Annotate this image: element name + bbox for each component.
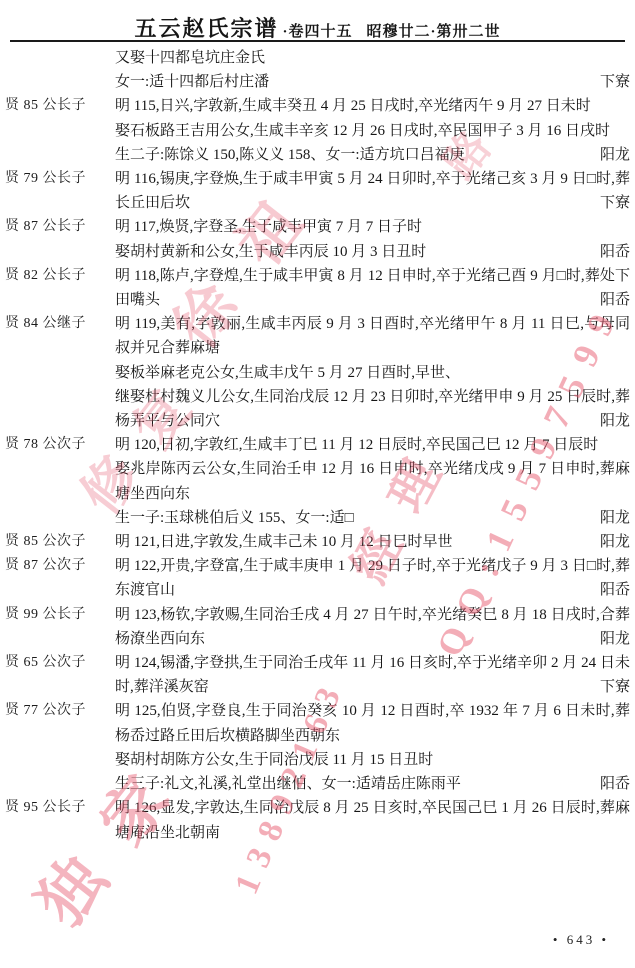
lineage-side-label: 贤 87 公次子 [5, 554, 111, 578]
genealogy-paragraph: 女一:适十四都后村庄潘下寮 [115, 70, 630, 94]
page-number: • 643 • [553, 932, 609, 948]
genealogy-paragraph: 娶胡村胡陈方公女,生于同治戊辰 11 月 15 日丑时 [115, 748, 630, 772]
genealogy-paragraph: 继娶杜村魏义儿公女,生同治戊辰 12 月 23 日卯时,卒光绪甲申 9 月 25… [115, 385, 630, 433]
lineage-side-label: 贤 82 公长子 [5, 264, 111, 288]
place-label: 阳岙 [600, 240, 630, 264]
place-label: 阳龙 [600, 409, 630, 433]
genealogy-paragraph: 贤 85 公长子明 115,日兴,字敦新,生咸丰癸丑 4 月 25 日戌时,卒光… [115, 94, 630, 118]
lineage-side-label: 贤 78 公次子 [5, 433, 111, 457]
genealogy-paragraph: 生一子:玉球桃伯后义 155、女一:适□阳龙 [115, 506, 630, 530]
genealogy-page: 五云赵氏宗谱·卷四十五昭穆廿二·第卅二世 又娶十四都皂坑庄金氏女一:适十四都后村… [0, 0, 635, 968]
place-label: 阳龙 [600, 530, 630, 554]
genealogy-paragraph: 又娶十四都皂坑庄金氏 [115, 46, 630, 70]
lineage-side-label: 贤 79 公长子 [5, 167, 111, 191]
lineage-side-label: 贤 87 公长子 [5, 215, 111, 239]
genealogy-paragraph: 贤 79 公长子明 116,锡庚,字登焕,生于咸丰甲寅 5 月 24 日卯时,卒… [115, 167, 630, 215]
genealogy-paragraph: 贤 99 公长子明 123,杨钦,字敦赐,生同治壬戌 4 月 27 日午时,卒光… [115, 603, 630, 651]
genealogy-paragraph: 贤 84 公继子明 119,美有,字敦丽,生咸丰丙辰 9 月 3 日酉时,卒光绪… [115, 312, 630, 360]
generation-subtitle: 昭穆廿二·第卅二世 [367, 24, 501, 40]
header-divider [10, 40, 625, 42]
genealogy-paragraph: 贤 95 公长子明 126,显发,字敦达,生同治戊辰 8 月 25 日亥时,卒民… [115, 796, 630, 844]
volume-title: ·卷四十五 [282, 24, 352, 40]
lineage-side-label: 贤 77 公次子 [5, 699, 111, 723]
lineage-side-label: 贤 65 公次子 [5, 651, 111, 675]
lineage-side-label: 贤 99 公长子 [5, 603, 111, 627]
place-label: 阳龙 [600, 143, 630, 167]
genealogy-paragraph: 生二子:陈馀义 150,陈义义 158、女一:适方坑口吕福庚阳龙 [115, 143, 630, 167]
place-label: 阳岙 [600, 288, 630, 312]
genealogy-paragraph: 贤 87 公长子明 117,焕贤,字登圣,生于咸丰甲寅 7 月 7 日子时 [115, 215, 630, 239]
genealogy-paragraph: 贤 78 公次子明 120,日初,字敦红,生咸丰丁巳 11 月 12 日辰时,卒… [115, 433, 630, 457]
book-title: 五云赵氏宗谱 [134, 16, 278, 41]
place-label: 下寮 [600, 675, 630, 699]
place-label: 阳岙 [600, 578, 630, 602]
page-header: 五云赵氏宗谱·卷四十五昭穆廿二·第卅二世 [0, 12, 635, 43]
genealogy-paragraph: 贤 65 公次子明 124,锡潘,字登拱,生于同治壬戌年 11 月 16 日亥时… [115, 651, 630, 699]
genealogy-paragraph: 娶石板路王吉用公女,生咸丰辛亥 12 月 26 日戌时,卒民国甲子 3 月 16… [115, 119, 630, 143]
place-label: 阳岙 [600, 772, 630, 796]
lineage-side-label: 贤 85 公长子 [5, 94, 111, 118]
genealogy-paragraph: 娶胡村黄新和公女,生于咸丰丙辰 10 月 3 日丑时阳岙 [115, 240, 630, 264]
place-label: 阳龙 [600, 506, 630, 530]
genealogy-entries: 又娶十四都皂坑庄金氏女一:适十四都后村庄潘下寮贤 85 公长子明 115,日兴,… [115, 46, 630, 845]
genealogy-paragraph: 娶兆岸陈丙云公女,生同治壬申 12 月 16 日申时,卒光绪戊戌 9 月 7 日… [115, 457, 630, 505]
place-label: 阳龙 [600, 627, 630, 651]
genealogy-paragraph: 贤 77 公次子明 125,伯贤,字登良,生于同治癸亥 10 月 12 日酉时,… [115, 699, 630, 747]
genealogy-paragraph: 贤 82 公长子明 118,陈卢,字登煌,生于咸丰甲寅 8 月 12 日申时,卒… [115, 264, 630, 312]
genealogy-paragraph: 娶板举麻老克公女,生咸丰戊午 5 月 27 日酉时,早世、 [115, 361, 630, 385]
lineage-side-label: 贤 95 公长子 [5, 796, 111, 820]
place-label: 下寮 [600, 191, 630, 215]
lineage-side-label: 贤 84 公继子 [5, 312, 111, 336]
genealogy-paragraph: 贤 87 公次子明 122,开贵,字登富,生于咸丰庚申 1 月 29 日子时,卒… [115, 554, 630, 602]
genealogy-paragraph: 生三子:礼文,礼溪,礼堂出继伯、女一:适靖岳庄陈雨平阳岙 [115, 772, 630, 796]
genealogy-paragraph: 贤 85 公次子明 121,日进,字敦发,生咸丰己未 10 月 12 日巳时早世… [115, 530, 630, 554]
place-label: 下寮 [600, 70, 630, 94]
lineage-side-label: 贤 85 公次子 [5, 530, 111, 554]
